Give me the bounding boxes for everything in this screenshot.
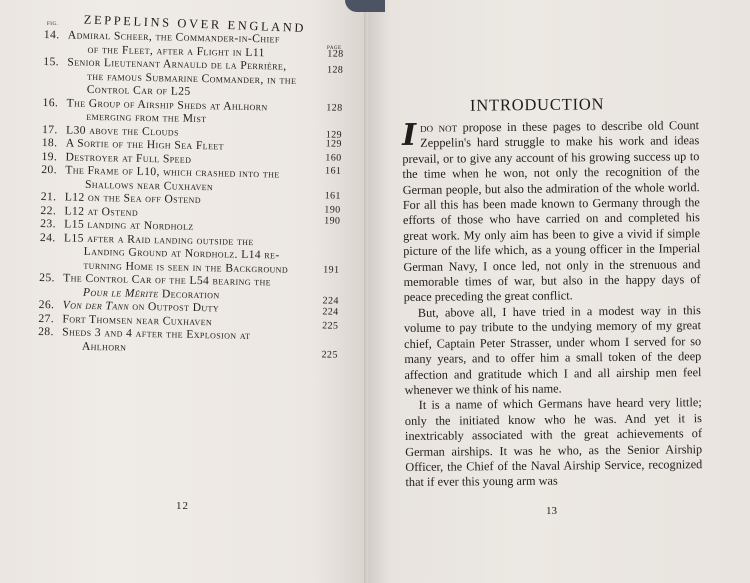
illustrations-list: 14.Admiral Scheer, the Commander-in-Chie… — [38, 28, 344, 358]
page-number: 161 — [324, 189, 340, 203]
list-item: 128 15.Senior Lieutenant Arnauld de la P… — [43, 55, 344, 101]
fig-column-label: FIG. — [47, 22, 58, 27]
paragraph: Ido not propose in these pages to descri… — [402, 118, 701, 306]
page-number: 190 — [324, 214, 340, 228]
page-number: 128 — [327, 63, 343, 77]
page-number-right: 13 — [546, 505, 557, 517]
page-number: 160 — [325, 151, 341, 165]
list-item: 28.Sheds 3 and 4 after the Explosion at … — [38, 325, 338, 358]
left-page: ZEPPELINS OVER ENGLAND FIG. PAGE 14.Admi… — [0, 0, 368, 583]
drop-cap: I — [402, 123, 416, 149]
page-number: 161 — [325, 164, 341, 178]
page-number-left: 12 — [176, 500, 189, 512]
paragraph: It is a name of which Germans have heard… — [405, 395, 703, 490]
page-number: 128 — [326, 101, 342, 115]
paragraph: But, above all, I have tried in a modest… — [404, 303, 702, 398]
page-number: 191 — [323, 263, 339, 277]
page-number: 129 — [325, 137, 341, 151]
page-number: 225 — [321, 348, 337, 362]
page-number: 128 — [327, 47, 343, 61]
background-corner — [345, 0, 385, 12]
list-item: 24.L15 after a Raid landing outside the … — [39, 230, 340, 276]
chapter-body: Ido not propose in these pages to descri… — [402, 118, 703, 491]
open-book-spread: ZEPPELINS OVER ENGLAND FIG. PAGE 14.Admi… — [0, 0, 750, 583]
chapter-title: INTRODUCTION — [470, 94, 604, 115]
